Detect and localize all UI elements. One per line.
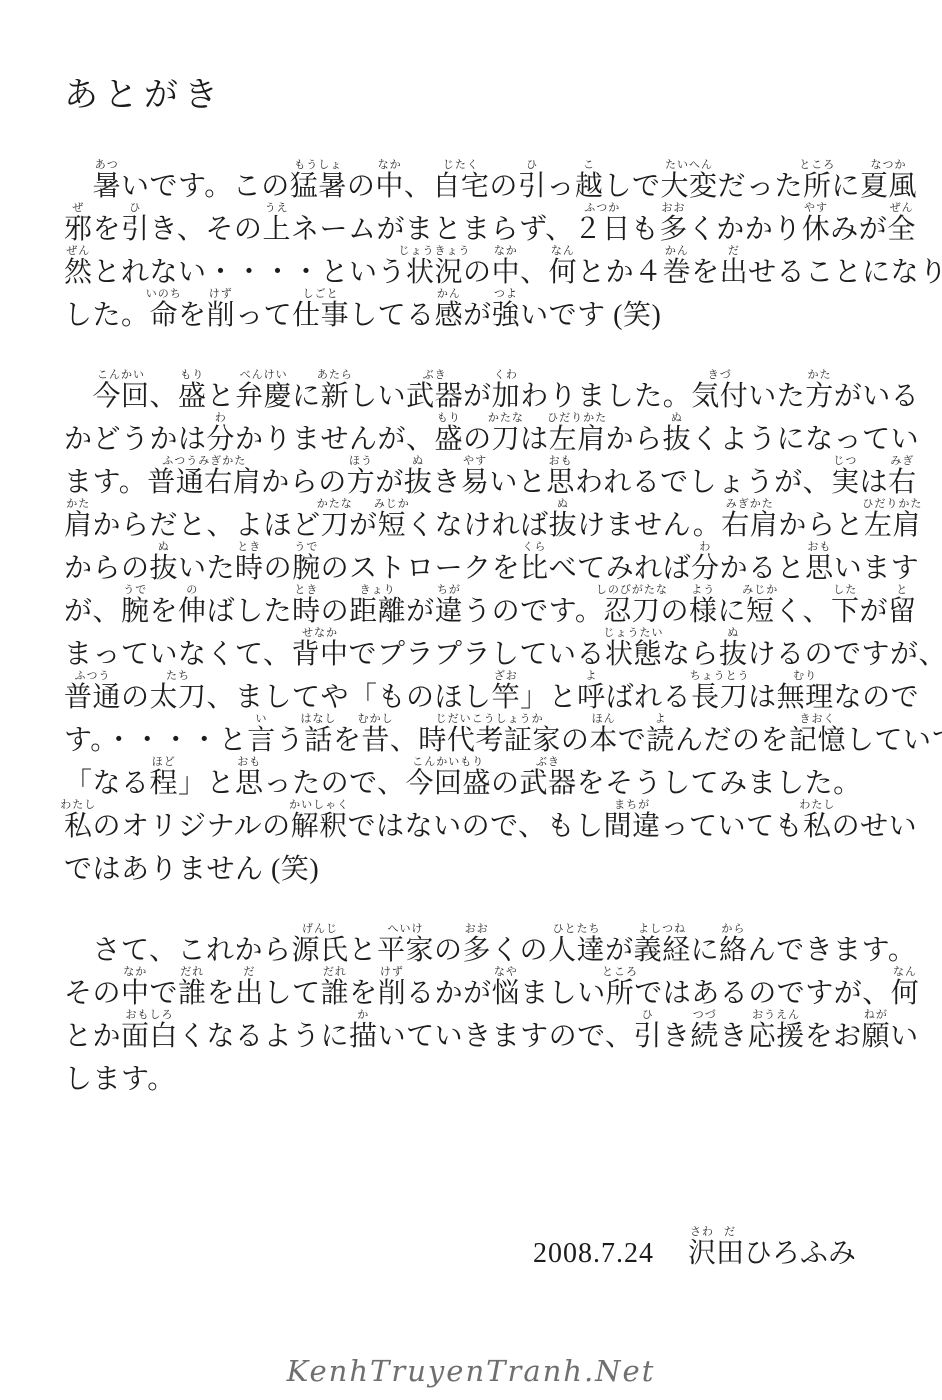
ruby-base: 普通ふつう (64, 684, 121, 712)
ruby-base: 今回こんかい (93, 383, 150, 411)
ruby-base: 源氏げんじ (291, 937, 348, 965)
text-line: す。・・・・と言いう話はなしを昔むかし、時代考証家じだいこうしょうかの本ほんで読… (64, 719, 942, 762)
ruby-base: 昔むかし (361, 727, 390, 755)
ruby-base: 長刀ちょうとう (691, 684, 748, 712)
ruby-base: 状況じょうきょう (406, 259, 463, 287)
ruby-base: 巻かん (663, 259, 692, 287)
ruby-text: だ (243, 967, 255, 978)
ruby-base: 田だ (716, 1240, 744, 1268)
ruby-text: かん (437, 289, 461, 300)
ruby-base: 多おお (659, 216, 688, 244)
ruby-base: 右肩みぎかた (721, 512, 778, 540)
ruby-base: 新あたら (321, 383, 350, 411)
ruby-text: おも (807, 542, 831, 553)
ruby-base: 時とき (235, 555, 264, 583)
ruby-text: ちょうとう (690, 671, 750, 682)
ruby-text: げんじ (302, 924, 338, 935)
ruby-base: 多おお (463, 937, 492, 965)
ruby-base: 伸の (178, 598, 207, 626)
ruby-text: か (357, 1010, 369, 1021)
ruby-base: 肩かた (64, 512, 93, 540)
ruby-text: だ (724, 1227, 736, 1238)
page-content: あとがき 暑あついです。この猛暑もうしょの中なか、自宅じたくの引ひっ越こしで大変… (0, 0, 942, 1101)
ruby-base: 抜ぬ (549, 512, 578, 540)
ruby-text: もり (180, 370, 204, 381)
ruby-text: やす (804, 203, 828, 214)
ruby-base: 弁慶べんけい (235, 383, 292, 411)
paragraph: 今回こんかい、盛もりと弁慶べんけいに新あたらしい武器ぶきが加くわわりました。気付… (64, 375, 942, 891)
ruby-base: 引ひ (634, 1023, 663, 1051)
ruby-text: こんかいもり (412, 757, 484, 768)
ruby-text: あつ (95, 160, 119, 171)
ruby-text: だれ (323, 967, 347, 978)
ruby-base: 言い (247, 727, 276, 755)
ruby-text: かたな (488, 413, 524, 424)
ruby-base: 上うえ (262, 216, 291, 244)
ruby-text: とき (294, 585, 318, 596)
ruby-base: 仕事しごと (292, 302, 349, 330)
ruby-text: ほう (349, 456, 373, 467)
afterword-body: 暑あついです。この猛暑もうしょの中なか、自宅じたくの引ひっ越こしで大変たいへんだ… (64, 165, 942, 1101)
ruby-text: とき (237, 542, 261, 553)
ruby-text: いのち (146, 289, 182, 300)
text-line: します。 (64, 1058, 942, 1101)
signature-date: 2008.7.24 (533, 1238, 654, 1269)
ruby-base: 腕うで (121, 598, 150, 626)
ruby-text: みぎかた (726, 499, 774, 510)
ruby-text: ぜん (890, 203, 914, 214)
ruby-base: 義経よしつね (634, 937, 691, 965)
ruby-text: わたし (60, 800, 96, 811)
ruby-text: しごと (303, 289, 339, 300)
ruby-text: きおく (799, 714, 835, 725)
ruby-base: 加くわ (492, 383, 521, 411)
ruby-text: の (186, 585, 198, 596)
ruby-text: じつ (833, 456, 857, 467)
ruby-text: べんけい (240, 370, 288, 381)
ruby-text: なか (123, 967, 147, 978)
paragraph: 暑あついです。この猛暑もうしょの中なか、自宅じたくの引ひっ越こしで大変たいへんだ… (64, 165, 942, 337)
ruby-text: ひ (642, 1010, 654, 1021)
ruby-text: ひだりかた (547, 413, 607, 424)
ruby-text: ほど (152, 757, 176, 768)
ruby-base: 全ぜん (887, 216, 916, 244)
ruby-base: 中なか (375, 173, 404, 201)
ruby-base: 願ねが (862, 1023, 891, 1051)
ruby-text: わ (699, 542, 711, 553)
page-title: あとがき (64, 76, 942, 117)
ruby-base: 記憶きおく (789, 727, 846, 755)
ruby-base: 削けず (207, 302, 236, 330)
ruby-base: 下した (831, 598, 860, 626)
ruby-base: 然ぜん (64, 259, 93, 287)
ruby-base: 邪ぜ (64, 216, 93, 244)
ruby-base: 様よう (689, 598, 718, 626)
ruby-base: 出だ (720, 259, 749, 287)
ruby-text: じょうたい (603, 628, 663, 639)
ruby-base: 猛暑もうしょ (290, 173, 347, 201)
signature: 2008.7.24沢さわ田だひろふみ (533, 1232, 856, 1275)
ruby-text: こんかい (97, 370, 145, 381)
ruby-base: 抜ぬ (663, 426, 692, 454)
ruby-text: むり (793, 671, 817, 682)
ruby-base: 思おも (546, 469, 575, 497)
text-line: その中なかで誰だれを出だして誰だれを削けずるかが悩なやましい所ところではあるので… (64, 972, 942, 1015)
ruby-base: 何なん (891, 980, 920, 1008)
ruby-text: なや (494, 967, 518, 978)
ruby-base: 人達ひとたち (548, 937, 605, 965)
ruby-text: つよ (494, 289, 518, 300)
ruby-text: たいへん (665, 160, 713, 171)
ruby-base: 刀かたな (321, 512, 350, 540)
ruby-base: 呼よ (577, 684, 606, 712)
ruby-text: ところ (799, 160, 835, 171)
ruby-text: じだいこうしょうか (436, 714, 544, 725)
ruby-text: した (833, 585, 857, 596)
ruby-base: 解釈かいしゃく (291, 813, 348, 841)
ruby-text: やす (463, 456, 487, 467)
ruby-base: 悩なや (492, 980, 521, 1008)
ruby-base: 中なか (121, 980, 150, 1008)
ruby-base: 盛もり (178, 383, 207, 411)
ruby-text: うで (294, 542, 318, 553)
ruby-base: 思おも (235, 770, 264, 798)
ruby-text: なか (494, 246, 518, 257)
ruby-text: もうしょ (294, 160, 342, 171)
ruby-text: たち (166, 671, 190, 682)
text-line: が、腕うでを伸のばした時ときの距離きょりが違ちがうのです。忍刀しのびがたなの様よ… (64, 590, 942, 633)
ruby-text: だれ (180, 967, 204, 978)
ruby-text: みぎ (890, 456, 914, 467)
ruby-base: ２日ふつか (574, 216, 631, 244)
afterword-page: あとがき 暑あついです。この猛暑もうしょの中なか、自宅じたくの引ひっ越こしで大変… (0, 0, 942, 1400)
ruby-base: 引ひ (121, 216, 150, 244)
ruby-base: 刀かたな (492, 426, 521, 454)
ruby-text: ふつか (584, 203, 620, 214)
ruby-base: 夏風なつか (860, 173, 917, 201)
ruby-text: あたら (317, 370, 353, 381)
ruby-text: みじか (374, 499, 410, 510)
ruby-text: ふつうみぎかた (162, 456, 246, 467)
paragraph: さて、これから源氏げんじと平家へいけの多おおくの人達ひとたちが義経よしつねに絡か… (64, 929, 942, 1101)
ruby-text: みじか (742, 585, 778, 596)
ruby-base: 応援おうえん (748, 1023, 805, 1051)
ruby-base: 私わたし (64, 813, 93, 841)
ruby-text: なん (551, 246, 575, 257)
ruby-base: 命いのち (150, 302, 179, 330)
ruby-base: 今回盛こんかいもり (406, 770, 492, 798)
ruby-base: 越こ (575, 173, 604, 201)
ruby-base: 左肩ひだりかた (864, 512, 921, 540)
ruby-text: かん (665, 246, 689, 257)
ruby-base: 中なか (492, 259, 521, 287)
ruby-text: おも (237, 757, 261, 768)
ruby-text: なん (893, 967, 917, 978)
ruby-text: ねが (864, 1010, 888, 1021)
ruby-text: から (721, 924, 745, 935)
text-line: した。命いのちを削けずって仕事しごとしてる感かんが強つよいです (笑) (64, 294, 942, 337)
ruby-base: 強つよ (492, 302, 521, 330)
ruby-base: 大変たいへん (660, 173, 717, 201)
ruby-text: かたな (317, 499, 353, 510)
ruby-text: ぬ (412, 456, 424, 467)
ruby-text: もり (437, 413, 461, 424)
ruby-base: 続つづ (691, 1023, 720, 1051)
ruby-text: かいしゃく (289, 800, 349, 811)
ruby-text: い (256, 714, 268, 725)
ruby-base: 違ちが (435, 598, 464, 626)
ruby-base: 背中せなか (291, 641, 348, 669)
ruby-text: ふつう (75, 671, 111, 682)
ruby-base: 自宅じたく (432, 173, 489, 201)
ruby-base: 本ほん (589, 727, 618, 755)
ruby-base: 実じつ (831, 469, 860, 497)
ruby-text: おも (549, 456, 573, 467)
ruby-base: 間違まちが (604, 813, 661, 841)
ruby-base: 思おも (805, 555, 834, 583)
ruby-base: 留と (888, 598, 917, 626)
text-line: ます。普通右肩ふつうみぎかたからの方ほうが抜ぬき易やすいと思おもわれるでしょうが… (64, 461, 942, 504)
ruby-base: 誰だれ (178, 980, 207, 1008)
ruby-base: 私わたし (803, 813, 832, 841)
ruby-text: ひだりかた (862, 499, 922, 510)
ruby-text: かた (807, 370, 831, 381)
ruby-text: よ (655, 714, 667, 725)
ruby-base: 暑あつ (93, 173, 122, 201)
ruby-text: よう (691, 585, 715, 596)
ruby-base: 沢さわ (688, 1240, 716, 1268)
ruby-text: かた (66, 499, 90, 510)
ruby-base: 左肩ひだりかた (549, 426, 606, 454)
ruby-text: つづ (693, 1010, 717, 1021)
ruby-base: 状態じょうたい (605, 641, 662, 669)
ruby-text: わたし (799, 800, 835, 811)
text-line: とか面白おもしろくなるように描かいていきますので、引ひき続つづき応援おうえんをお… (64, 1015, 942, 1058)
ruby-text: はなし (301, 714, 337, 725)
ruby-base: 誰だれ (321, 980, 350, 1008)
ruby-text: ぬ (158, 542, 170, 553)
ruby-text: きづ (708, 370, 732, 381)
ruby-text: おお (465, 924, 489, 935)
ruby-base: 忍刀しのびがたな (603, 598, 660, 626)
text-line: ではありません (笑) (64, 848, 942, 891)
ruby-base: 短みじか (378, 512, 407, 540)
ruby-base: 出だ (235, 980, 264, 1008)
ruby-text: けず (209, 289, 233, 300)
ruby-base: 武器ぶき (406, 383, 463, 411)
text-line: 私わたしのオリジナルの解釈かいしゃくではないので、もし間違まちがっていても私わた… (64, 805, 942, 848)
ruby-text: ぬ (671, 413, 683, 424)
ruby-text: だ (728, 246, 740, 257)
ruby-text: さわ (690, 1227, 714, 1238)
ruby-text: よ (585, 671, 597, 682)
ruby-base: 面白おもしろ (121, 1023, 178, 1051)
ruby-text: せなか (302, 628, 338, 639)
ruby-text: ぬ (727, 628, 739, 639)
ruby-text: ところ (602, 967, 638, 978)
ruby-text: と (896, 585, 908, 596)
ruby-text: きょり (360, 585, 396, 596)
ruby-text: わ (215, 413, 227, 424)
ruby-text: くわ (494, 370, 518, 381)
ruby-base: 描か (349, 1023, 378, 1051)
ruby-text: ぬ (557, 499, 569, 510)
ruby-base: 短みじか (746, 598, 775, 626)
ruby-text: へいけ (388, 924, 424, 935)
ruby-text: ぶき (423, 370, 447, 381)
ruby-text: ほん (592, 714, 616, 725)
ruby-base: 易やす (461, 469, 490, 497)
ruby-base: 感かん (435, 302, 464, 330)
ruby-base: 竿ざお (492, 684, 521, 712)
ruby-text: なつか (871, 160, 907, 171)
ruby-base: 削けず (378, 980, 407, 1008)
ruby-text: よしつね (638, 924, 686, 935)
ruby-base: 太刀たち (150, 684, 207, 712)
ruby-text: じたく (443, 160, 479, 171)
ruby-text: おもしろ (126, 1010, 174, 1021)
ruby-base: 読よ (646, 727, 675, 755)
ruby-text: なか (378, 160, 402, 171)
ruby-text: ちが (437, 585, 461, 596)
ruby-base: 分わ (691, 555, 720, 583)
ruby-base: 時代考証家じだいこうしょうか (418, 727, 561, 755)
ruby-base: 引ひ (518, 173, 547, 201)
ruby-base: 程ほど (150, 770, 179, 798)
ruby-base: 方かた (805, 383, 834, 411)
ruby-text: くら (522, 542, 546, 553)
ruby-text: けず (380, 967, 404, 978)
ruby-base: 右みぎ (888, 469, 917, 497)
ruby-text: しのびがたな (596, 585, 668, 596)
signature-name: 沢さわ田だひろふみ (688, 1238, 856, 1269)
ruby-base: 所ところ (606, 980, 635, 1008)
ruby-base: 抜ぬ (719, 641, 748, 669)
ruby-base: 無理むり (777, 684, 834, 712)
ruby-text: こ (583, 160, 595, 171)
ruby-base: 時とき (292, 598, 321, 626)
ruby-text: むかし (358, 714, 394, 725)
ruby-base: 武器ぶき (520, 770, 577, 798)
ruby-text: ひ (526, 160, 538, 171)
ruby-base: 所ところ (803, 173, 832, 201)
ruby-text: ぜ (72, 203, 84, 214)
ruby-base: 距離きょり (349, 598, 406, 626)
ruby-text: ぶき (536, 757, 560, 768)
ruby-text: ざお (494, 671, 518, 682)
ruby-base: 絡から (719, 937, 748, 965)
ruby-base: 休やす (802, 216, 831, 244)
ruby-base: 腕うで (292, 555, 321, 583)
ruby-text: おお (662, 203, 686, 214)
ruby-base: 気付きづ (691, 383, 748, 411)
ruby-text: ぜん (66, 246, 90, 257)
ruby-base: 方ほう (347, 469, 376, 497)
ruby-text: ひ (129, 203, 141, 214)
ruby-base: 平家へいけ (377, 937, 434, 965)
ruby-text: おうえん (752, 1010, 800, 1021)
ruby-base: 話はなし (304, 727, 333, 755)
watermark: KenhTruyenTranh.Net (0, 1354, 942, 1388)
ruby-base: 分わ (207, 426, 236, 454)
ruby-text: うで (123, 585, 147, 596)
ruby-text: まちが (614, 800, 650, 811)
ruby-base: 盛もり (435, 426, 464, 454)
ruby-base: 抜ぬ (150, 555, 179, 583)
ruby-base: 抜ぬ (404, 469, 433, 497)
ruby-base: 何なん (549, 259, 578, 287)
ruby-text: じょうきょう (399, 246, 471, 257)
ruby-text: ひとたち (553, 924, 601, 935)
ruby-text: うえ (265, 203, 289, 214)
ruby-base: 普通右肩ふつうみぎかた (147, 469, 261, 497)
ruby-base: 比くら (520, 555, 549, 583)
